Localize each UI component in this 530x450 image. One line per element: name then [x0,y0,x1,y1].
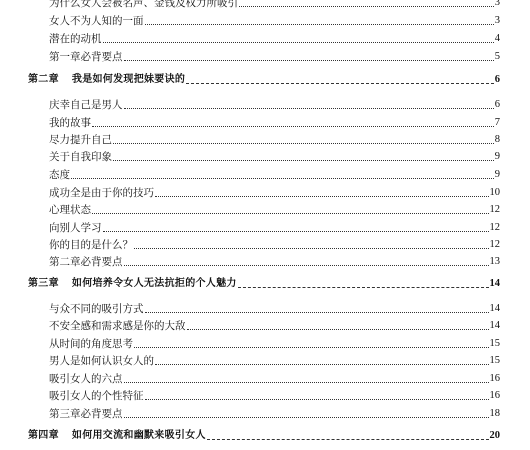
toc-entry-title: 第三章必背要点 [49,407,124,421]
page-number: 6 [494,73,500,87]
dot-leader [113,159,494,161]
toc-entry-title: 不安全感和需求感是你的大敌 [49,319,187,333]
toc-section-entry[interactable]: 男人是如何认识女人的15 [0,352,530,368]
dot-leader [103,230,489,232]
dot-leader [103,41,494,43]
toc-section-entry[interactable]: 向别人学习12 [0,219,530,235]
toc-section-entry[interactable]: 吸引女人的六点16 [0,370,530,386]
chapter-title: 如何用交流和幽默来吸引女人 [72,430,206,441]
toc-section-entry[interactable]: 第一章必背要点5 [0,48,530,64]
page-number: 12 [489,238,501,252]
toc-entry-title: 向别人学习 [49,221,103,235]
page-number: 7 [494,116,500,130]
dot-leader [124,416,489,418]
toc-section-entry[interactable]: 心理状态12 [0,201,530,217]
chapter-title: 如何培养令女人无法抗拒的个人魅力 [72,278,237,289]
toc-entry-title: 从时间的角度思考 [49,337,134,351]
toc-entry-title: 第四章如何用交流和幽默来吸引女人 [28,429,207,443]
page-number: 12 [489,203,501,217]
dot-leader [134,346,489,348]
page-number: 14 [489,277,501,291]
toc-entry-title: 第三章如何培养令女人无法抗拒的个人魅力 [28,277,238,291]
toc-entry-title: 尽力提升自己 [49,133,113,147]
page-number: 16 [489,372,501,386]
dot-leader [134,247,489,249]
toc-section-entry[interactable]: 我的故事7 [0,114,530,130]
page-number: 14 [489,319,501,333]
toc-entry-title: 吸引女人的个性特征 [49,389,145,403]
toc-section-entry[interactable]: 你的目的是什么？12 [0,236,530,252]
dot-leader [92,212,489,214]
toc-entry-title: 吸引女人的六点 [49,372,124,386]
toc-section-entry[interactable]: 从时间的角度思考15 [0,335,530,351]
dot-leader [238,286,489,288]
toc-entry-title: 潜在的动机 [49,32,103,46]
dot-leader [145,23,494,25]
page-number: 20 [489,429,501,443]
toc-section-entry[interactable]: 尽力提升自己8 [0,131,530,147]
page-number: 9 [494,150,500,164]
dot-leader [145,311,489,313]
toc-chapter-entry[interactable]: 第三章如何培养令女人无法抗拒的个人魅力14 [0,275,530,291]
toc-section-entry[interactable]: 庆幸自己是男人6 [0,96,530,112]
dot-leader [239,5,494,7]
chapter-number: 第三章 [28,278,59,289]
toc-entry-title: 庆幸自己是男人 [49,98,124,112]
toc-chapter-entry[interactable]: 第二章我是如何发现把妹要诀的6 [0,71,530,87]
chapter-number: 第二章 [28,74,59,85]
toc-section-entry[interactable]: 潜在的动机4 [0,30,530,46]
dot-leader [187,328,489,330]
page-number: 13 [489,255,501,269]
page-number: 3 [494,14,500,28]
page-number: 3 [494,0,500,10]
toc-entry-title: 第二章必背要点 [49,255,124,269]
toc-section-entry[interactable]: 态度9 [0,166,530,182]
page-number: 4 [494,32,500,46]
page-number: 8 [494,133,500,147]
dot-leader [186,82,494,84]
toc-entry-title: 第二章我是如何发现把妹要诀的 [28,73,186,87]
dot-leader [207,438,489,440]
toc-entry-title: 与众不同的吸引方式 [49,302,145,316]
page-number: 15 [489,337,501,351]
toc-entry-title: 第一章必背要点 [49,50,124,64]
page-number: 9 [494,168,500,182]
dot-leader [124,107,494,109]
page-number: 15 [489,354,501,368]
dot-leader [124,381,489,383]
page-number: 6 [494,98,500,112]
toc-entry-title: 心理状态 [49,203,92,217]
chapter-number: 第四章 [28,430,59,441]
toc-entry-title: 为什么女人会被名声、金钱及权力所吸引 [49,0,239,10]
toc-section-entry[interactable]: 为什么女人会被名声、金钱及权力所吸引3 [0,0,530,10]
toc-section-entry[interactable]: 与众不同的吸引方式14 [0,300,530,316]
page-number: 5 [494,50,500,64]
dot-leader [113,142,494,144]
toc-section-entry[interactable]: 吸引女人的个性特征16 [0,387,530,403]
page-number: 14 [489,302,501,316]
toc-entry-title: 关于自我印象 [49,150,113,164]
dot-leader [145,398,489,400]
toc-entry-title: 态度 [49,168,71,182]
dot-leader [155,363,489,365]
toc-chapter-entry[interactable]: 第四章如何用交流和幽默来吸引女人20 [0,427,530,443]
page-number: 10 [489,186,501,200]
dot-leader [124,59,494,61]
toc-section-entry[interactable]: 关于自我印象9 [0,148,530,164]
toc-section-entry[interactable]: 不安全感和需求感是你的大敌14 [0,317,530,333]
toc-entry-title: 女人不为人知的一面 [49,14,145,28]
toc-section-entry[interactable]: 成功全是由于你的技巧10 [0,184,530,200]
toc-entry-title: 你的目的是什么？ [49,238,134,252]
toc-section-entry[interactable]: 第三章必背要点18 [0,405,530,421]
toc-entry-title: 男人是如何认识女人的 [49,354,155,368]
toc-section-entry[interactable]: 女人不为人知的一面3 [0,12,530,28]
toc-section-entry[interactable]: 第二章必背要点13 [0,253,530,269]
dot-leader [124,264,489,266]
toc-entry-title: 我的故事 [49,116,92,130]
dot-leader [71,177,494,179]
dot-leader [155,195,489,197]
page-number: 18 [489,407,501,421]
dot-leader [92,125,494,127]
chapter-title: 我是如何发现把妹要诀的 [72,74,185,85]
toc-entry-title: 成功全是由于你的技巧 [49,186,155,200]
page-number: 16 [489,389,501,403]
page-number: 12 [489,221,501,235]
